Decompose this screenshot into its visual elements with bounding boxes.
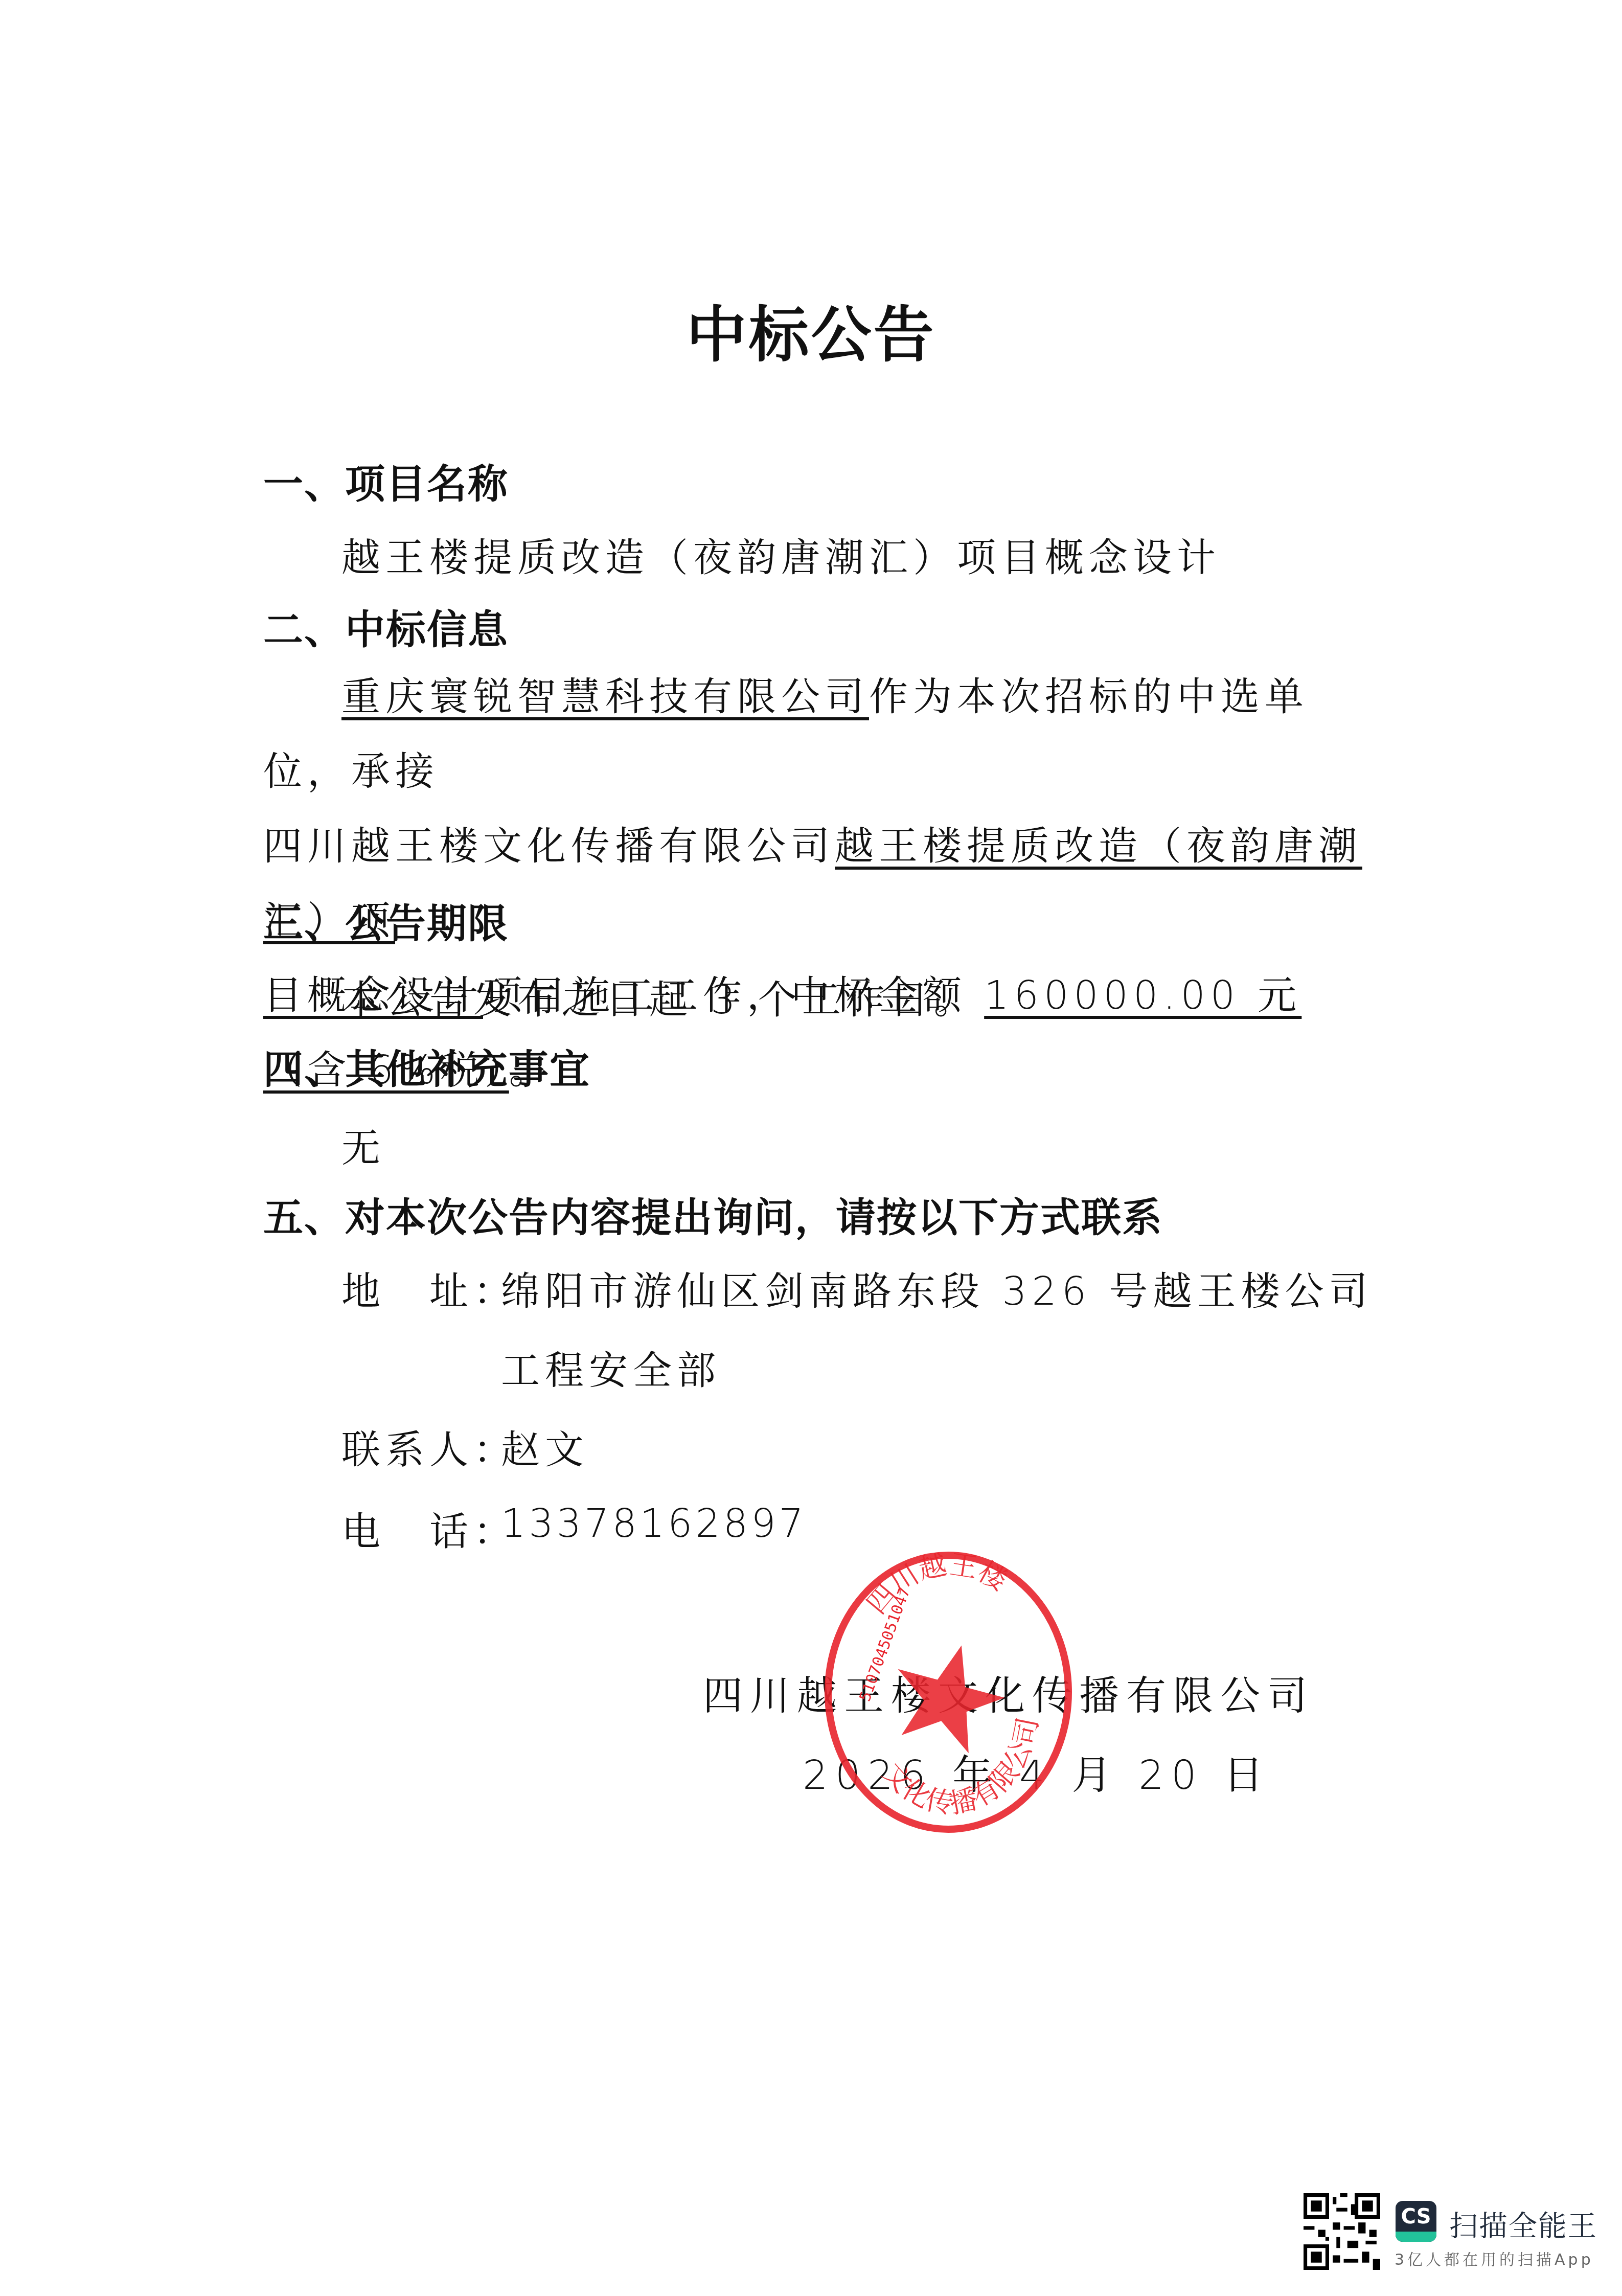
svg-text:四川越王楼: 四川越王楼	[860, 1549, 1013, 1620]
section-heading-project-name: 一、项目名称	[263, 452, 509, 510]
address-line-2: 工程安全部	[501, 1339, 721, 1395]
contact-person-label: 联系人：	[341, 1419, 517, 1474]
project-name: 越王楼提质改造（夜韵唐潮汇）项目概念设计	[341, 527, 1221, 582]
address-label: 地 址：	[341, 1260, 517, 1316]
logo-text: CS	[1396, 2201, 1436, 2233]
notice-period: 本公告发布之日起 3 个工作日。	[341, 969, 978, 1025]
document-title: 中标公告	[0, 286, 1622, 373]
seal-icon: 四川越王楼 文化传播有限公司 5107045051047	[820, 1549, 1076, 1835]
other-matters: 无	[341, 1117, 385, 1173]
camscanner-logo: CS	[1396, 2201, 1436, 2242]
section-heading-other-matters: 四、其他补充事宜	[263, 1038, 590, 1095]
address-line-1: 绵阳市游仙区剑南路东段 326 号越王楼公司	[501, 1260, 1373, 1316]
contact-person: 赵文	[501, 1419, 589, 1474]
phone-label: 电 话：	[341, 1501, 517, 1556]
company-seal: 四川越王楼 文化传播有限公司 5107045051047	[820, 1549, 1076, 1835]
app-name: 扫描全能王	[1449, 2203, 1597, 2244]
section-heading-award-info: 二、中标信息	[263, 598, 509, 655]
owner-company: 四川越王楼文化传播有限公司	[263, 823, 835, 869]
logo-accent-bar	[1396, 2232, 1436, 2242]
winner-company: 重庆寰锐智慧科技有限公司	[341, 674, 869, 719]
phone-number: 13378162897	[501, 1501, 807, 1546]
qr-code-icon	[1304, 2193, 1380, 2270]
section-heading-notice-period: 三、公告期限	[263, 892, 509, 949]
section-heading-contact: 五、对本次公告内容提出询问，请按以下方式联系	[263, 1186, 1163, 1243]
app-tagline: 3亿人都在用的扫描App	[1395, 2247, 1594, 2269]
qr-code[interactable]	[1304, 2193, 1380, 2270]
